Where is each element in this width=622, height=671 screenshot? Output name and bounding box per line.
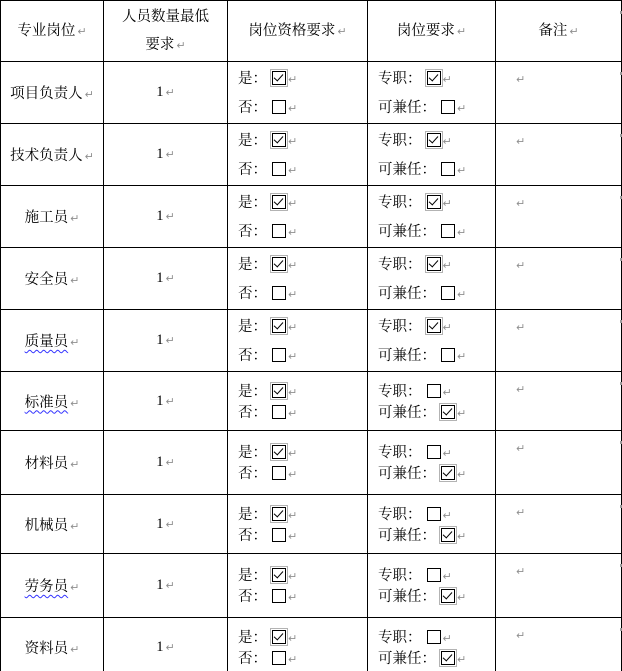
pilcrow-mark: ↵ — [288, 226, 297, 239]
pilcrow-mark: ↵ — [288, 468, 297, 481]
duty-fulltime-line: 专职：↵ — [378, 313, 495, 342]
pilcrow-mark: ↵ — [166, 210, 175, 223]
header-row: 专业岗位↵ 人员数量最低要求↵ 岗位资格要求↵ 岗位要求↵ 备注↵ — [1, 1, 622, 62]
pilcrow-mark: ↵ — [457, 226, 466, 239]
min-count-cell: 1↵ — [104, 554, 228, 618]
no-label: 否： — [238, 100, 267, 116]
position-cell: 安全员↵ — [1, 248, 104, 310]
duty-parttime-line: 可兼任：↵ — [378, 280, 495, 309]
duty-parttime-line: 可兼任：↵ — [378, 464, 495, 485]
pilcrow-mark: ↵ — [569, 25, 578, 38]
qual-no-checkbox[interactable] — [272, 100, 286, 114]
duty-cell: 专职：↵ 可兼任：↵ — [368, 618, 496, 671]
qualification-no-line: 否：↵ — [238, 94, 367, 123]
qualification-cell: 是：↵ 否：↵ — [228, 62, 368, 124]
pilcrow-mark: ↵ — [166, 395, 175, 408]
qualification-no-line: 否：↵ — [238, 403, 367, 424]
qualification-no-line: 否：↵ — [238, 280, 367, 309]
duty-cell: 专职：↵ 可兼任：↵ — [368, 310, 496, 372]
table-row: 安全员↵ 1↵ 是：↵ 否：↵ 专职：↵ 可兼任：↵ ↵ — [1, 248, 622, 310]
table-row: 施工员↵ 1↵ 是：↵ 否：↵ 专职：↵ 可兼任：↵ ↵ — [1, 186, 622, 248]
duty-parttime-line: 可兼任：↵ — [378, 156, 495, 185]
qualification-no-line: 否：↵ — [238, 649, 367, 670]
pilcrow-mark: ↵ — [70, 581, 79, 594]
pilcrow-mark: ↵ — [288, 259, 297, 272]
fulltime-label: 专职： — [378, 133, 422, 149]
qualification-no-line: 否：↵ — [238, 526, 367, 547]
no-label: 否： — [238, 528, 267, 544]
pilcrow-mark: ↵ — [77, 25, 86, 38]
pilcrow-mark: ↵ — [85, 150, 94, 163]
duty-cell: 专职：↵ 可兼任：↵ — [368, 372, 496, 431]
min-count: 1 — [156, 393, 163, 409]
pilcrow-mark: ↵ — [516, 73, 525, 86]
min-count: 1 — [156, 639, 163, 655]
table-row: 质量员↵ 1↵ 是：↵ 否：↵ 专职：↵ 可兼任：↵ ↵ — [1, 310, 622, 372]
pilcrow-mark: ↵ — [516, 259, 525, 272]
pilcrow-mark: ↵ — [457, 25, 466, 38]
pilcrow-mark: ↵ — [516, 565, 525, 578]
min-count-cell: 1↵ — [104, 431, 228, 495]
pilcrow-mark: ↵ — [443, 197, 452, 210]
pilcrow-mark: ↵ — [457, 530, 466, 543]
duty-parttime-line: 可兼任：↵ — [378, 587, 495, 608]
duty-fulltime-line: 专职：↵ — [378, 566, 495, 587]
parttime-checkbox[interactable] — [441, 528, 455, 542]
duty-parttime-line: 可兼任：↵ — [378, 649, 495, 670]
pilcrow-mark: ↵ — [516, 629, 525, 642]
min-count: 1 — [156, 146, 163, 162]
no-label: 否： — [238, 286, 267, 302]
parttime-label: 可兼任： — [378, 224, 436, 240]
pilcrow-mark: ↵ — [288, 632, 297, 645]
pilcrow-mark: ↵ — [70, 212, 79, 225]
qualification-cell: 是：↵ 否：↵ — [228, 186, 368, 248]
qual-yes-checkbox[interactable] — [272, 257, 286, 271]
position-name: 施工员 — [25, 210, 69, 226]
qualification-yes-line: 是：↵ — [238, 65, 367, 94]
pilcrow-mark: ↵ — [166, 272, 175, 285]
header-position-label: 专业岗位 — [17, 23, 75, 39]
pilcrow-mark: ↵ — [443, 73, 452, 86]
yes-label: 是： — [238, 507, 267, 523]
qual-yes-checkbox[interactable] — [272, 195, 286, 209]
duty-fulltime-line: 专职：↵ — [378, 382, 495, 403]
qual-no-checkbox[interactable] — [272, 528, 286, 542]
fulltime-checkbox[interactable] — [427, 630, 441, 644]
pilcrow-mark: ↵ — [176, 39, 185, 52]
duty-parttime-line: 可兼任：↵ — [378, 342, 495, 371]
qualification-cell: 是：↵ 否：↵ — [228, 618, 368, 671]
min-count: 1 — [156, 516, 163, 532]
qualification-no-line: 否：↵ — [238, 342, 367, 371]
parttime-label: 可兼任： — [378, 286, 436, 302]
pilcrow-mark: ↵ — [516, 135, 525, 148]
parttime-label: 可兼任： — [378, 651, 436, 667]
table-header: 专业岗位↵ 人员数量最低要求↵ 岗位资格要求↵ 岗位要求↵ 备注↵ — [1, 1, 622, 62]
pilcrow-mark: ↵ — [288, 386, 297, 399]
parttime-checkbox[interactable] — [441, 466, 455, 480]
position-name: 标准员 — [25, 395, 69, 411]
pilcrow-mark: ↵ — [516, 383, 525, 396]
pilcrow-mark: ↵ — [166, 86, 175, 99]
pilcrow-mark: ↵ — [443, 447, 452, 460]
duty-fulltime-line: 专职：↵ — [378, 189, 495, 218]
table-row: 技术负责人↵ 1↵ 是：↵ 否：↵ 专职：↵ 可兼任：↵ ↵ — [1, 124, 622, 186]
remark-cell: ↵ — [496, 554, 622, 618]
pilcrow-mark: ↵ — [516, 197, 525, 210]
parttime-checkbox[interactable] — [441, 651, 455, 665]
remark-cell: ↵ — [496, 248, 622, 310]
qual-yes-checkbox[interactable] — [272, 384, 286, 398]
no-label: 否： — [238, 224, 267, 240]
parttime-checkbox[interactable] — [441, 589, 455, 603]
header-qualification: 岗位资格要求↵ — [228, 1, 368, 62]
duty-cell: 专职：↵ 可兼任：↵ — [368, 62, 496, 124]
fulltime-label: 专职： — [378, 257, 422, 273]
header-duty-label: 岗位要求 — [397, 23, 455, 39]
qual-no-checkbox[interactable] — [272, 466, 286, 480]
fulltime-checkbox[interactable] — [427, 568, 441, 582]
pilcrow-mark: ↵ — [443, 386, 452, 399]
pilcrow-mark: ↵ — [288, 102, 297, 115]
duty-cell: 专职：↵ 可兼任：↵ — [368, 431, 496, 495]
qualification-yes-line: 是：↵ — [238, 382, 367, 403]
fulltime-checkbox[interactable] — [427, 384, 441, 398]
position-name: 资料员 — [25, 641, 69, 657]
qualification-yes-line: 是：↵ — [238, 443, 367, 464]
duty-cell: 专职：↵ 可兼任：↵ — [368, 495, 496, 554]
qual-yes-checkbox[interactable] — [272, 445, 286, 459]
table-row: 资料员↵ 1↵ 是：↵ 否：↵ 专职：↵ 可兼任：↵ ↵ — [1, 618, 622, 671]
duty-fulltime-line: 专职：↵ — [378, 65, 495, 94]
qual-yes-checkbox[interactable] — [272, 319, 286, 333]
position-name: 技术负责人 — [10, 148, 83, 164]
fulltime-checkbox[interactable] — [427, 507, 441, 521]
qualification-yes-line: 是：↵ — [238, 628, 367, 649]
pilcrow-mark: ↵ — [70, 336, 79, 349]
pilcrow-mark: ↵ — [288, 135, 297, 148]
header-qualification-label: 岗位资格要求 — [248, 23, 335, 39]
yes-label: 是： — [238, 384, 267, 400]
qual-yes-checkbox[interactable] — [272, 71, 286, 85]
pilcrow-mark: ↵ — [288, 530, 297, 543]
header-min-count-wrap: 人员数量最低要求↵ — [120, 3, 212, 60]
pilcrow-mark: ↵ — [166, 518, 175, 531]
remark-cell: ↵ — [496, 618, 622, 671]
duty-cell: 专职：↵ 可兼任：↵ — [368, 554, 496, 618]
pilcrow-mark: ↵ — [288, 591, 297, 604]
no-label: 否： — [238, 162, 267, 178]
qualification-yes-line: 是：↵ — [238, 566, 367, 587]
qualification-yes-line: 是：↵ — [238, 313, 367, 342]
qualification-yes-line: 是：↵ — [238, 127, 367, 156]
parttime-checkbox[interactable] — [441, 100, 455, 114]
pilcrow-mark: ↵ — [288, 321, 297, 334]
position-cell: 劳务员↵ — [1, 554, 104, 618]
pilcrow-mark: ↵ — [457, 102, 466, 115]
parttime-checkbox[interactable] — [441, 286, 455, 300]
no-label: 否： — [238, 651, 267, 667]
pilcrow-mark: ↵ — [516, 321, 525, 334]
yes-label: 是： — [238, 445, 267, 461]
remark-cell: ↵ — [496, 62, 622, 124]
duty-parttime-line: 可兼任：↵ — [378, 218, 495, 247]
no-label: 否： — [238, 405, 267, 421]
min-count: 1 — [156, 84, 163, 100]
fulltime-label: 专职： — [378, 568, 422, 584]
min-count-cell: 1↵ — [104, 495, 228, 554]
table-row: 机械员↵ 1↵ 是：↵ 否：↵ 专职：↵ 可兼任：↵ ↵ — [1, 495, 622, 554]
pilcrow-mark: ↵ — [70, 643, 79, 656]
pilcrow-mark: ↵ — [457, 653, 466, 666]
pilcrow-mark: ↵ — [166, 641, 175, 654]
pilcrow-mark: ↵ — [70, 397, 79, 410]
pilcrow-mark: ↵ — [288, 570, 297, 583]
min-count: 1 — [156, 332, 163, 348]
pilcrow-mark: ↵ — [288, 350, 297, 363]
qualification-no-line: 否：↵ — [238, 218, 367, 247]
pilcrow-mark: ↵ — [85, 88, 94, 101]
qual-yes-checkbox[interactable] — [272, 507, 286, 521]
duty-fulltime-line: 专职：↵ — [378, 127, 495, 156]
fulltime-checkbox[interactable] — [427, 257, 441, 271]
min-count-cell: 1↵ — [104, 248, 228, 310]
header-remark-label: 备注 — [538, 23, 567, 39]
yes-label: 是： — [238, 257, 267, 273]
yes-label: 是： — [238, 319, 267, 335]
pilcrow-mark: ↵ — [288, 509, 297, 522]
pilcrow-mark: ↵ — [443, 135, 452, 148]
parttime-label: 可兼任： — [378, 100, 436, 116]
qualification-yes-line: 是：↵ — [238, 189, 367, 218]
table-row: 材料员↵ 1↵ 是：↵ 否：↵ 专职：↵ 可兼任：↵ ↵ — [1, 431, 622, 495]
remark-cell: ↵ — [496, 124, 622, 186]
fulltime-label: 专职： — [378, 507, 422, 523]
min-count-cell: 1↵ — [104, 310, 228, 372]
qual-no-checkbox[interactable] — [272, 651, 286, 665]
parttime-label: 可兼任： — [378, 348, 436, 364]
parttime-label: 可兼任： — [378, 162, 436, 178]
pilcrow-mark: ↵ — [457, 468, 466, 481]
pilcrow-mark: ↵ — [457, 164, 466, 177]
position-cell: 项目负责人↵ — [1, 62, 104, 124]
no-label: 否： — [238, 589, 267, 605]
pilcrow-mark: ↵ — [288, 288, 297, 301]
table-row: 劳务员↵ 1↵ 是：↵ 否：↵ 专职：↵ 可兼任：↵ ↵ — [1, 554, 622, 618]
min-count: 1 — [156, 270, 163, 286]
qualification-no-line: 否：↵ — [238, 464, 367, 485]
fulltime-checkbox[interactable] — [427, 445, 441, 459]
pilcrow-mark: ↵ — [70, 458, 79, 471]
pilcrow-mark: ↵ — [288, 197, 297, 210]
qualification-yes-line: 是：↵ — [238, 505, 367, 526]
min-count: 1 — [156, 454, 163, 470]
pilcrow-mark: ↵ — [166, 334, 175, 347]
position-name: 机械员 — [25, 518, 69, 534]
parttime-label: 可兼任： — [378, 405, 436, 421]
duty-fulltime-line: 专职：↵ — [378, 505, 495, 526]
word-document-page: { "colors":{ "border":"#000000", "pilcro… — [0, 0, 622, 671]
position-requirements-table: 专业岗位↵ 人员数量最低要求↵ 岗位资格要求↵ 岗位要求↵ 备注↵ 项目负责人↵… — [0, 0, 622, 671]
pilcrow-mark: ↵ — [516, 442, 525, 455]
qualification-cell: 是：↵ 否：↵ — [228, 495, 368, 554]
min-count-cell: 1↵ — [104, 186, 228, 248]
table-row: 项目负责人↵ 1↵ 是：↵ 否：↵ 专职：↵ 可兼任：↵ ↵ — [1, 62, 622, 124]
qualification-cell: 是：↵ 否：↵ — [228, 248, 368, 310]
position-cell: 施工员↵ — [1, 186, 104, 248]
table-row: 标准员↵ 1↵ 是：↵ 否：↵ 专职：↵ 可兼任：↵ ↵ — [1, 372, 622, 431]
parttime-checkbox[interactable] — [441, 348, 455, 362]
pilcrow-mark: ↵ — [166, 579, 175, 592]
fulltime-checkbox[interactable] — [427, 71, 441, 85]
parttime-checkbox[interactable] — [441, 162, 455, 176]
min-count: 1 — [156, 577, 163, 593]
qualification-cell: 是：↵ 否：↵ — [228, 310, 368, 372]
pilcrow-mark: ↵ — [443, 259, 452, 272]
qual-no-checkbox[interactable] — [272, 224, 286, 238]
pilcrow-mark: ↵ — [288, 73, 297, 86]
min-count-cell: 1↵ — [104, 618, 228, 671]
remark-cell: ↵ — [496, 372, 622, 431]
position-cell: 资料员↵ — [1, 618, 104, 671]
no-label: 否： — [238, 348, 267, 364]
remark-cell: ↵ — [496, 186, 622, 248]
fulltime-checkbox[interactable] — [427, 133, 441, 147]
table-body: 项目负责人↵ 1↵ 是：↵ 否：↵ 专职：↵ 可兼任：↵ ↵ 技术负责人↵ 1↵… — [1, 62, 622, 671]
duty-fulltime-line: 专职：↵ — [378, 443, 495, 464]
duty-parttime-line: 可兼任：↵ — [378, 94, 495, 123]
pilcrow-mark: ↵ — [457, 591, 466, 604]
pilcrow-mark: ↵ — [166, 148, 175, 161]
pilcrow-mark: ↵ — [443, 321, 452, 334]
duty-fulltime-line: 专职：↵ — [378, 628, 495, 649]
duty-cell: 专职：↵ 可兼任：↵ — [368, 124, 496, 186]
fulltime-label: 专职： — [378, 319, 422, 335]
qualification-cell: 是：↵ 否：↵ — [228, 554, 368, 618]
pilcrow-mark: ↵ — [288, 447, 297, 460]
position-name: 项目负责人 — [10, 86, 83, 102]
pilcrow-mark: ↵ — [288, 407, 297, 420]
position-cell: 材料员↵ — [1, 431, 104, 495]
remark-cell: ↵ — [496, 495, 622, 554]
header-remark: 备注↵ — [496, 1, 622, 62]
duty-parttime-line: 可兼任：↵ — [378, 526, 495, 547]
parttime-label: 可兼任： — [378, 528, 436, 544]
pilcrow-mark: ↵ — [288, 164, 297, 177]
qualification-no-line: 否：↵ — [238, 587, 367, 608]
duty-parttime-line: 可兼任：↵ — [378, 403, 495, 424]
pilcrow-mark: ↵ — [70, 274, 79, 287]
pilcrow-mark: ↵ — [288, 653, 297, 666]
pilcrow-mark: ↵ — [457, 407, 466, 420]
remark-cell: ↵ — [496, 431, 622, 495]
fulltime-checkbox[interactable] — [427, 319, 441, 333]
min-count-cell: 1↵ — [104, 62, 228, 124]
no-label: 否： — [238, 466, 267, 482]
parttime-label: 可兼任： — [378, 589, 436, 605]
position-cell: 质量员↵ — [1, 310, 104, 372]
fulltime-label: 专职： — [378, 71, 422, 87]
qual-no-checkbox[interactable] — [272, 348, 286, 362]
pilcrow-mark: ↵ — [70, 520, 79, 533]
header-min-count: 人员数量最低要求↵ — [104, 1, 228, 62]
position-name: 质量员 — [25, 334, 69, 350]
qual-yes-checkbox[interactable] — [272, 568, 286, 582]
position-name: 劳务员 — [25, 579, 69, 595]
pilcrow-mark: ↵ — [516, 506, 525, 519]
qualification-cell: 是：↵ 否：↵ — [228, 431, 368, 495]
fulltime-label: 专职： — [378, 445, 422, 461]
pilcrow-mark: ↵ — [457, 350, 466, 363]
duty-cell: 专职：↵ 可兼任：↵ — [368, 186, 496, 248]
header-position: 专业岗位↵ — [1, 1, 104, 62]
pilcrow-mark: ↵ — [443, 632, 452, 645]
pilcrow-mark: ↵ — [443, 570, 452, 583]
yes-label: 是： — [238, 568, 267, 584]
qual-yes-checkbox[interactable] — [272, 630, 286, 644]
fulltime-checkbox[interactable] — [427, 195, 441, 209]
qualification-no-line: 否：↵ — [238, 156, 367, 185]
qualification-cell: 是：↵ 否：↵ — [228, 372, 368, 431]
yes-label: 是： — [238, 195, 267, 211]
min-count-cell: 1↵ — [104, 372, 228, 431]
header-min-count-label: 人员数量最低要求 — [122, 9, 209, 53]
duty-fulltime-line: 专职：↵ — [378, 251, 495, 280]
remark-cell: ↵ — [496, 310, 622, 372]
parttime-label: 可兼任： — [378, 466, 436, 482]
position-name: 材料员 — [25, 456, 69, 472]
pilcrow-mark: ↵ — [166, 456, 175, 469]
yes-label: 是： — [238, 71, 267, 87]
qualification-cell: 是：↵ 否：↵ — [228, 124, 368, 186]
qual-no-checkbox[interactable] — [272, 162, 286, 176]
position-cell: 技术负责人↵ — [1, 124, 104, 186]
position-name: 安全员 — [25, 272, 69, 288]
qual-no-checkbox[interactable] — [272, 589, 286, 603]
position-cell: 机械员↵ — [1, 495, 104, 554]
qual-no-checkbox[interactable] — [272, 405, 286, 419]
position-cell: 标准员↵ — [1, 372, 104, 431]
qualification-yes-line: 是：↵ — [238, 251, 367, 280]
pilcrow-mark: ↵ — [443, 509, 452, 522]
fulltime-label: 专职： — [378, 384, 422, 400]
yes-label: 是： — [238, 133, 267, 149]
duty-cell: 专职：↵ 可兼任：↵ — [368, 248, 496, 310]
min-count-cell: 1↵ — [104, 124, 228, 186]
pilcrow-mark: ↵ — [337, 25, 346, 38]
fulltime-label: 专职： — [378, 195, 422, 211]
pilcrow-mark: ↵ — [457, 288, 466, 301]
qual-yes-checkbox[interactable] — [272, 133, 286, 147]
parttime-checkbox[interactable] — [441, 405, 455, 419]
yes-label: 是： — [238, 630, 267, 646]
qual-no-checkbox[interactable] — [272, 286, 286, 300]
parttime-checkbox[interactable] — [441, 224, 455, 238]
header-duty: 岗位要求↵ — [368, 1, 496, 62]
fulltime-label: 专职： — [378, 630, 422, 646]
min-count: 1 — [156, 208, 163, 224]
